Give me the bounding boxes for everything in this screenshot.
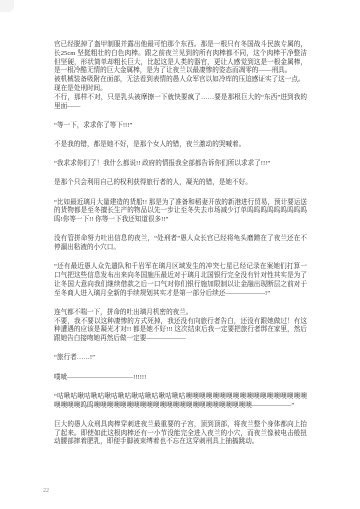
document-page: 官已经脱掉了盔甲制服并露出他最可怕那个东西。那是一根只有冬国战斗民族专属的，长2… xyxy=(0,0,360,509)
dialogue-line: “我求求你们了！我什么都说!! 政府的情报我全部都告诉你们所以求求了!!!” xyxy=(54,160,307,169)
page-body: 官已经脱掉了盔甲制服并露出他最可怕那个东西。那是一根只有冬国战斗民族专属的，长2… xyxy=(54,41,307,447)
paragraph: 不要，我不要以这种凄惨的方式死掉，我还没有向旅行者告白，还没有跟她做过！有这种遭… xyxy=(54,318,307,344)
page-number: 22 xyxy=(43,487,49,495)
dialogue-line: “咕啾咕啾咕啾咕啾咕啾咕啾咕啾咕啾咕啾咕噢噢噢噢噢噢噢噢噢噢噢噢噢噢噢噢噢噢噢噢… xyxy=(54,393,307,411)
corner-mark xyxy=(0,0,14,12)
paragraph: 是那个只会利用自己的权利获得旅行者的人，凝光的错，是她不好。 xyxy=(54,179,307,188)
dialogue-line: “旅行者……!” xyxy=(54,354,307,363)
paragraph: 不是我的错，都是她不好，是那个女人的错，夜兰激动的哭喊着。 xyxy=(54,141,307,150)
paragraph: 没有管拼命努力吐出信息的夜兰，“处刑者”愚人众长官已经将龟头磨蹭在了夜兰还在不停… xyxy=(54,235,307,253)
paragraph: 现在是处刑时间。 xyxy=(54,85,307,94)
paragraph: 连气都不喘一下，拼命的吐出璃月机密的夜兰。 xyxy=(54,309,307,318)
paragraph: 官已经脱掉了盔甲制服并露出他最可怕那个东西。那是一根只有冬国战斗民族专属的，长2… xyxy=(54,41,307,76)
paragraph: 巨大的愚人众刑具肉棒穿刺进夜兰最重要的子宫，顶到顶部，将夜兰整个身体都向上抬了起… xyxy=(54,421,307,447)
paragraph: 不行，那样不对，只是乳头被摩擦一下就快要疯了……要是那根巨大的“东西”进到我的里… xyxy=(54,94,307,112)
dialogue-line: “等一下，求求你了等下!!!” xyxy=(54,122,307,131)
paragraph: 被机械装备吸附在面部，无法看到表情的愚人众军官以如冷库的压迫感证实了这一点。 xyxy=(54,76,307,85)
dialogue-line: “比如最近璃月大量建造的货船!! 那是为了准备和稻妻开放的新港进行贸易，预计要运… xyxy=(54,199,307,225)
paragraph: 噗呲——————————!!!!!! xyxy=(54,374,307,383)
dialogue-line: “还有最近愚人众先遣队和千岩军在璃月区域发生的冲突七星已经记录在案她们打算一口气… xyxy=(54,263,307,298)
